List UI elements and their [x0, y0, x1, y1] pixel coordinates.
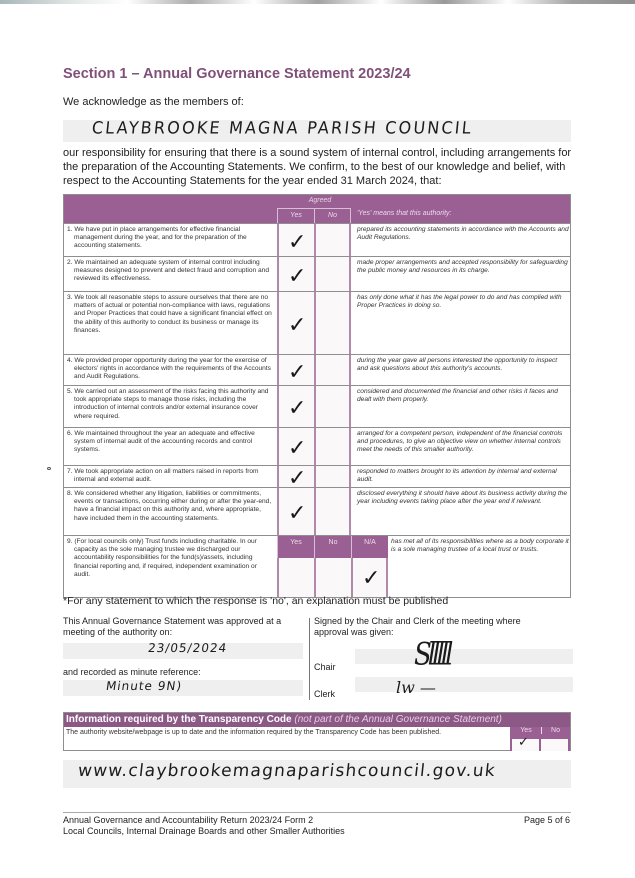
check-icon: ✓	[288, 232, 306, 254]
transparency-title: Information required by the Transparency…	[66, 714, 502, 725]
table-row: 4. We provided proper opportunity during…	[64, 354, 570, 385]
check-icon: ✓	[288, 438, 306, 460]
meaning-text: made proper arrangements and accepted re…	[357, 259, 569, 275]
meaning-text: has only done what it has the legal powe…	[357, 294, 569, 310]
statement-text: 8. We considered whether any litigation,…	[67, 490, 273, 523]
row9-yes-checkbox[interactable]	[277, 558, 314, 597]
transparency-subtitle: (not part of the Annual Governance State…	[294, 714, 502, 725]
check-icon: ✓	[288, 503, 306, 525]
meaning-text: during the year gave all persons interes…	[357, 357, 569, 373]
agreed-header: Agreed	[277, 197, 363, 204]
no-checkbox[interactable]	[314, 224, 351, 256]
page-number: Page 5 of 6	[524, 815, 570, 825]
section-title: Section 1 – Annual Governance Statement …	[63, 66, 411, 82]
no-checkbox[interactable]	[314, 355, 351, 385]
meaning-text: prepared its accounting statements in ac…	[357, 226, 569, 242]
check-icon: ✓	[288, 398, 306, 420]
check-icon: ✓	[288, 266, 306, 288]
statement-text: 5. We carried out an assessment of the r…	[67, 388, 273, 421]
transparency-statement: The authority website/webpage is up to d…	[66, 729, 502, 738]
row9-na-checkbox[interactable]: ✓	[351, 558, 388, 597]
row9-na-header: N/A	[351, 536, 388, 558]
yes-checkbox[interactable]: ✓	[277, 386, 314, 427]
signed-text: Signed by the Chair and Clerk of the mee…	[314, 616, 554, 638]
transparency-header: Information required by the Transparency…	[64, 713, 570, 727]
meaning-text: has met all of its responsibilities wher…	[391, 538, 569, 554]
yes-checkbox[interactable]: ✓	[277, 257, 314, 291]
check-icon: ✓	[362, 568, 380, 590]
no-checkbox[interactable]	[314, 466, 351, 487]
no-checkbox[interactable]	[314, 386, 351, 427]
no-explanation-note: *For any statement to which the response…	[63, 595, 448, 607]
statement-text: 4. We provided proper opportunity during…	[67, 357, 273, 382]
yes-checkbox[interactable]: ✓	[277, 292, 314, 354]
signature-divider	[309, 618, 310, 700]
yes-checkbox[interactable]: ✓	[277, 355, 314, 385]
check-icon: ✓	[288, 315, 306, 337]
authority-name-handwritten: CLAYBROOKE MAGNA PARISH COUNCIL	[91, 118, 474, 138]
table-row: 6. We maintained throughout the year an …	[64, 427, 570, 465]
footer-rule	[63, 812, 571, 813]
no-checkbox[interactable]	[314, 292, 351, 354]
chair-signature: Slllll	[414, 637, 449, 673]
meaning-text: considered and documented the financial …	[357, 388, 569, 404]
responsibility-text: our responsibility for ensuring that the…	[63, 146, 573, 188]
scan-edge	[0, 0, 635, 4]
transparency-title-text: Information required by the Transparency…	[66, 714, 292, 725]
clerk-label: Clerk	[314, 689, 335, 699]
minute-reference-handwritten: Minute 9N)	[105, 679, 183, 693]
acknowledge-text: We acknowledge as the members of:	[63, 96, 244, 108]
table-row: 1. We have put in place arrangements for…	[64, 223, 570, 256]
yes-column-header: Yes	[277, 208, 314, 223]
table-header: Agreed Yes No 'Yes' means that this auth…	[64, 195, 570, 223]
no-column-header: No	[314, 208, 351, 223]
meaning-header: 'Yes' means that this authority:	[357, 210, 452, 217]
recorded-text: and recorded as minute reference:	[63, 667, 201, 677]
meaning-text: disclosed everything it should have abou…	[357, 490, 569, 506]
statement-text: 3. We took all reasonable steps to assur…	[67, 294, 273, 335]
row9-no-header: No	[314, 536, 351, 558]
statement-text: 1. We have put in place arrangements for…	[67, 226, 273, 251]
scan-speck	[47, 467, 51, 470]
transparency-box: Information required by the Transparency…	[63, 712, 571, 751]
yes-checkbox[interactable]: ✓	[277, 466, 314, 487]
table-row: 3. We took all reasonable steps to assur…	[64, 291, 570, 354]
table-row: 7. We took appropriate action on all mat…	[64, 465, 570, 487]
footer-authority-types: Local Councils, Internal Drainage Boards…	[63, 826, 345, 836]
transparency-yes-checkbox[interactable]: ✓	[512, 739, 539, 751]
footer-form-title: Annual Governance and Accountability Ret…	[63, 815, 313, 825]
transparency-yes-header: Yes	[512, 727, 540, 734]
table-row: 5. We carried out an assessment of the r…	[64, 385, 570, 427]
meaning-text: responded to matters brought to its atte…	[357, 468, 569, 484]
check-icon: ✓	[518, 736, 529, 749]
no-checkbox[interactable]	[314, 488, 351, 535]
table-row: 9. (For local councils only) Trust funds…	[64, 535, 570, 597]
minute-reference-field[interactable]	[63, 680, 303, 696]
clerk-signature-field[interactable]	[355, 677, 573, 692]
transparency-no-checkbox[interactable]	[541, 739, 568, 751]
chair-signature-field[interactable]	[355, 649, 573, 664]
approved-text: This Annual Governance Statement was app…	[63, 616, 293, 638]
statement-text: 6. We maintained throughout the year an …	[67, 430, 273, 455]
table-row: 8. We considered whether any litigation,…	[64, 487, 570, 535]
chair-label: Chair	[314, 662, 336, 672]
website-handwritten: www.claybrookemagnaparishcouncil.gov.uk	[77, 761, 497, 781]
row9-yes-header: Yes	[277, 536, 314, 558]
clerk-signature: lw —	[396, 678, 436, 697]
no-checkbox[interactable]	[314, 428, 351, 465]
yes-checkbox[interactable]: ✓	[277, 428, 314, 465]
statement-text: 7. We took appropriate action on all mat…	[67, 468, 273, 484]
yes-checkbox[interactable]: ✓	[277, 224, 314, 256]
no-checkbox[interactable]	[314, 257, 351, 291]
yes-checkbox[interactable]: ✓	[277, 488, 314, 535]
statement-text: 2. We maintained an adequate system of i…	[67, 259, 273, 284]
approval-date-handwritten: 23/05/2024	[147, 641, 228, 655]
transparency-no-header: No	[541, 727, 569, 734]
meaning-text: arranged for a competent person, indepen…	[357, 430, 569, 455]
row9-no-checkbox[interactable]	[314, 558, 351, 597]
governance-table: Agreed Yes No 'Yes' means that this auth…	[63, 194, 571, 598]
table-row: 2. We maintained an adequate system of i…	[64, 256, 570, 291]
table-body: 1. We have put in place arrangements for…	[64, 223, 570, 597]
check-icon: ✓	[288, 362, 306, 384]
statement-text: 9. (For local councils only) Trust funds…	[67, 538, 273, 579]
